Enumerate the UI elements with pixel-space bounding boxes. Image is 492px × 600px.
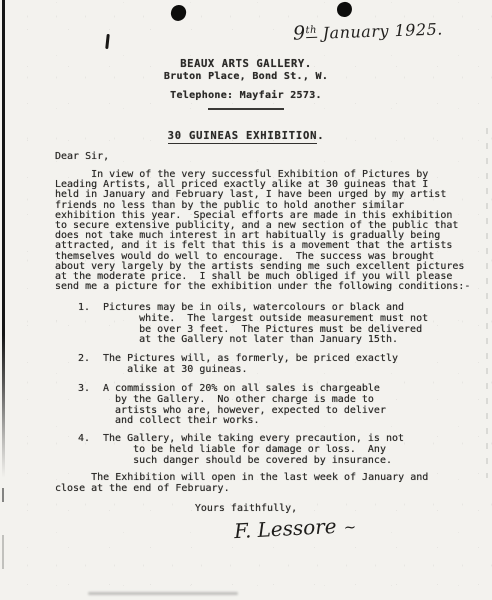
condition-text: A commission of 20% on all sales is char… <box>103 384 386 427</box>
date-ordinal-suffix: th <box>305 24 317 37</box>
valediction: Yours faithfully, <box>0 503 492 514</box>
letter-heading-text: 30 GUINEAS EXHIBITION <box>168 130 318 144</box>
signature-name: F. Lessore <box>233 514 337 543</box>
stray-ink-mark <box>105 34 110 49</box>
opening-paragraph: In view of the very successful Exhibitio… <box>55 170 470 292</box>
salutation: Dear Sir, <box>55 151 109 162</box>
scan-left-edge-mark <box>2 535 4 569</box>
letterhead: BEAUX ARTS GALLERY. Bruton Place, Bond S… <box>0 59 492 110</box>
gallery-name: BEAUX ARTS GALLERY. <box>0 59 492 70</box>
gallery-telephone: Telephone: Mayfair 2573. <box>0 90 492 101</box>
condition-item-1: 1. Pictures may be in oils, watercolours… <box>78 303 428 346</box>
condition-text: The Pictures will, as formerly, be price… <box>103 354 398 376</box>
scan-left-edge-mark <box>2 488 4 502</box>
condition-number: 4. <box>78 434 103 466</box>
signature-flourish: ~ <box>343 518 357 537</box>
handwritten-signature: F. Lessore~ <box>233 513 356 543</box>
letterhead-rule <box>208 108 284 110</box>
handwritten-date: 9th January 1925. <box>293 17 444 44</box>
condition-item-2: 2. The Pictures will, as formerly, be pr… <box>78 354 398 376</box>
letter-heading: 30 GUINEAS EXHIBITION. <box>0 130 492 142</box>
condition-item-3: 3. A commission of 20% on all sales is c… <box>78 384 386 427</box>
date-day: 9 <box>293 22 306 44</box>
condition-number: 3. <box>78 384 103 427</box>
letter-page: 9th January 1925. BEAUX ARTS GALLERY. Br… <box>0 0 492 600</box>
bottom-smudge-artifact <box>88 592 238 595</box>
scan-right-edge-artifact <box>486 128 488 478</box>
condition-text: The Gallery, while taking every precauti… <box>103 434 404 466</box>
condition-number: 1. <box>78 303 103 346</box>
punch-hole-right <box>336 1 353 18</box>
closing-paragraph: The Exhibition will open in the last wee… <box>55 473 428 495</box>
condition-item-4: 4. The Gallery, while taking every preca… <box>78 434 404 466</box>
condition-number: 2. <box>78 354 103 376</box>
date-month-year: January 1925. <box>317 19 443 42</box>
letter-heading-period: . <box>317 130 324 142</box>
condition-text: Pictures may be in oils, watercolours or… <box>103 303 428 346</box>
gallery-address: Bruton Place, Bond St., W. <box>0 71 492 82</box>
punch-hole-left <box>170 4 188 23</box>
